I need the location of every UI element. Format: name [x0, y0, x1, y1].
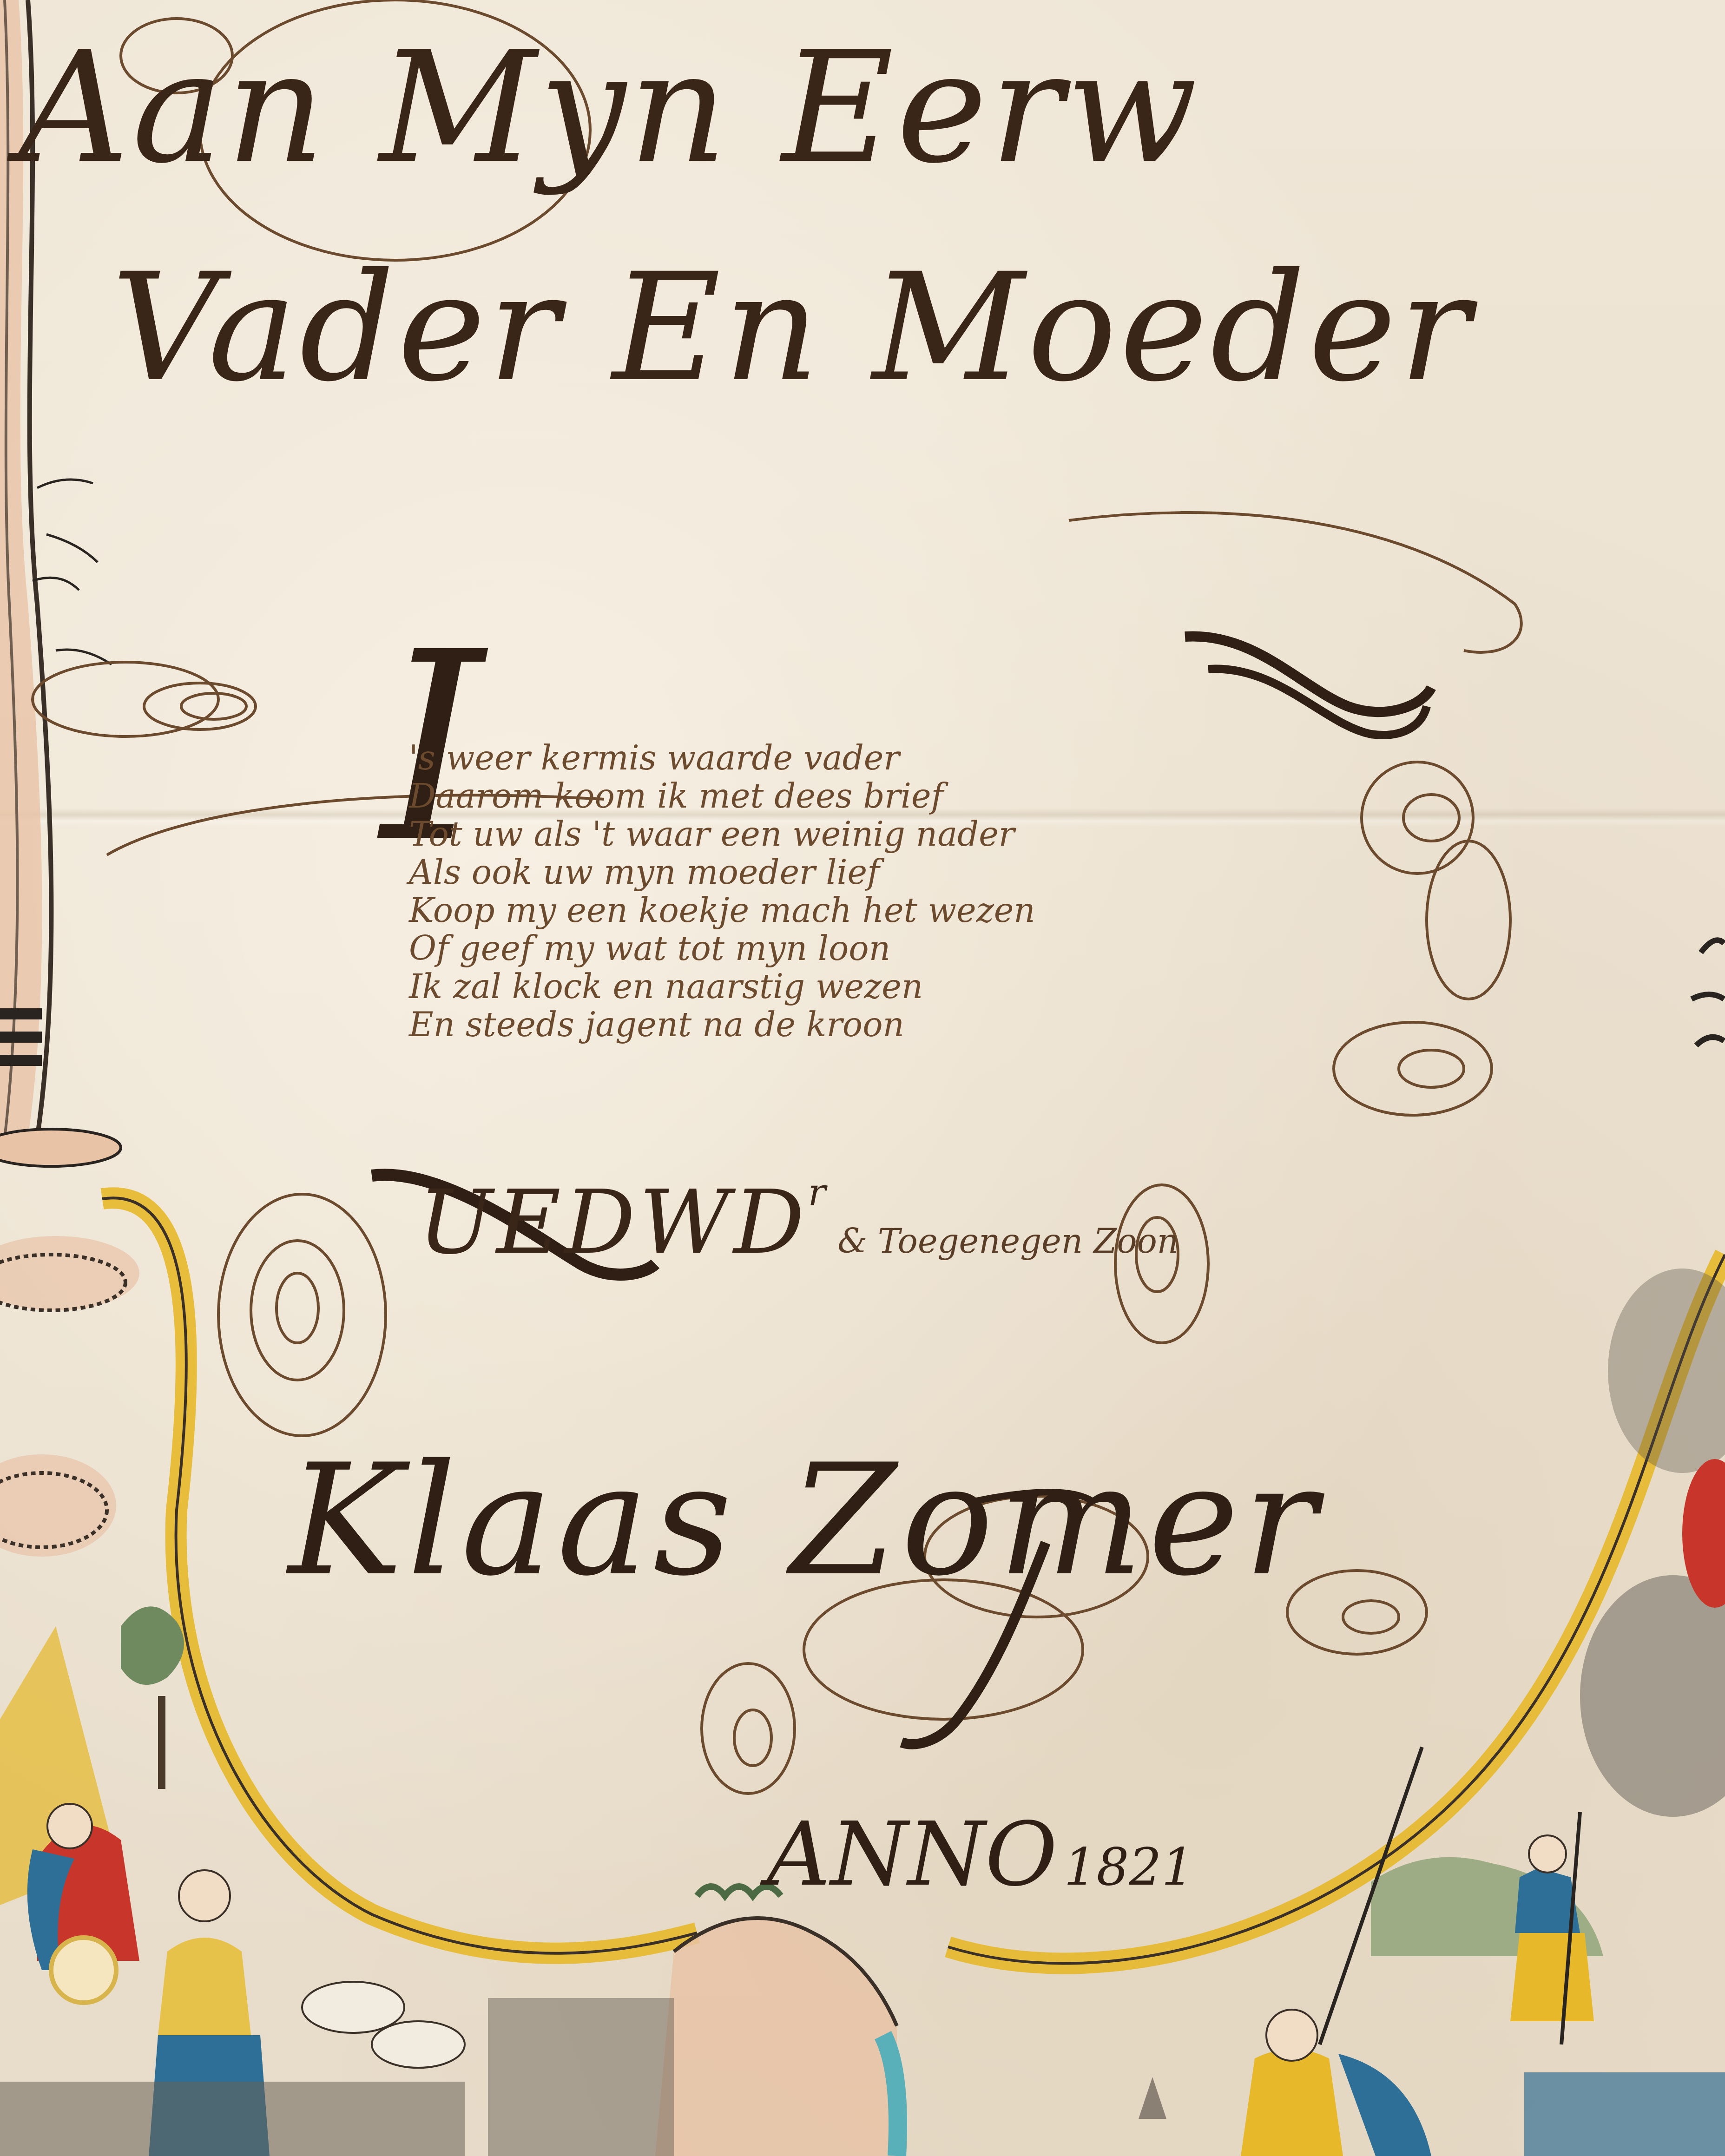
nativity-scene	[0, 1606, 465, 2156]
closing-text: & Toegenegen Zoon	[837, 1222, 1179, 1261]
left-clouds-cherubs	[0, 1236, 139, 1557]
poem-line: En steeds jagent na de kroon	[409, 1006, 1385, 1044]
closing-phrase: UEDWDr & Toegenegen Zoon	[418, 1171, 1179, 1274]
poem-line: Of geef my wat tot myn loon	[409, 929, 1385, 967]
poem-line: Tot uw als 't waar een weinig nader	[409, 815, 1385, 853]
date-line: ANNO1821	[767, 1803, 1194, 1906]
heading-line-2: Vader En Moeder	[112, 242, 1473, 414]
poem-line: 's weer kermis waarde vader	[409, 739, 1385, 777]
closing-superscript: r	[808, 1171, 826, 1214]
heading-line-1: Aan Myn Eerw	[19, 19, 1200, 197]
year-value: 1821	[1064, 1837, 1194, 1897]
poem-line: Koop my een koekje mach het wezen	[409, 891, 1385, 929]
signature: Klaas Zomer	[288, 1431, 1322, 1610]
poem-body: 's weer kermis waarde vader Daarom koom …	[409, 739, 1385, 1044]
poem-line: Als ook uw myn moeder lief	[409, 853, 1385, 891]
poem-line: Ik zal klock en naarstig wezen	[409, 967, 1385, 1006]
right-clouds	[1580, 940, 1725, 1817]
closing-abbreviation: UEDWD	[418, 1171, 808, 1274]
poem-line: Daarom koom ik met dees brief	[409, 777, 1385, 815]
anno-label: ANNO	[767, 1803, 1057, 1906]
